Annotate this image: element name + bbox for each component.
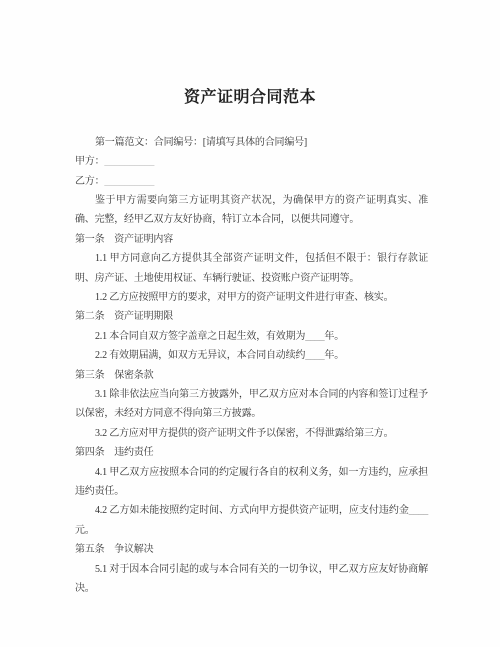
section-heading-5: 第五条 争议解决 bbox=[75, 540, 428, 559]
preamble-paragraph: 鉴于甲方需要向第三方证明其资产状况，为确保甲方的资产证明真实、准确、完整，经甲乙… bbox=[75, 191, 428, 230]
clause-1-2: 1.2 乙方应按照甲方的要求，对甲方的资产证明文件进行审查、核实。 bbox=[75, 288, 428, 307]
fill-in-blank: __________ bbox=[104, 176, 154, 187]
party-b-line: 乙方：__________ bbox=[75, 172, 428, 191]
fill-in-blank: ____ bbox=[305, 331, 324, 342]
fill-in-blank: ____ bbox=[305, 350, 324, 361]
clause-4-2: 4.2 乙方如未能按照约定时间、方式向甲方提供资产证明，应支付违约金____元。 bbox=[75, 501, 428, 540]
party-a-line: 甲方：__________ bbox=[75, 152, 428, 171]
document-title: 资产证明合同范本 bbox=[0, 11, 500, 108]
section-heading-2: 第二条 资产证明期限 bbox=[75, 307, 428, 326]
contract-document-page: 资产证明合同范本 第一篇范文：合同编号：[请填写具体的合同编号] 甲方：____… bbox=[0, 0, 500, 647]
fill-in-blank: ____ bbox=[409, 505, 428, 516]
fill-in-blank: __________ bbox=[104, 156, 154, 167]
intro-line: 第一篇范文：合同编号：[请填写具体的合同编号] bbox=[75, 133, 428, 152]
clause-5-1: 5.1 对于因本合同引起的或与本合同有关的一切争议，甲乙双方应友好协商解决。 bbox=[75, 560, 428, 599]
clause-3-1: 3.1 除非依法应当向第三方披露外，甲乙双方应对本合同的内容和签订过程予以保密，… bbox=[75, 385, 428, 424]
section-heading-3: 第三条 保密条款 bbox=[75, 366, 428, 385]
clause-2-1: 2.1 本合同自双方签字盖章之日起生效，有效期为____年。 bbox=[75, 327, 428, 346]
section-heading-4: 第四条 违约责任 bbox=[75, 443, 428, 462]
clause-3-2: 3.2 乙方应对甲方提供的资产证明文件予以保密，不得泄露给第三方。 bbox=[75, 424, 428, 443]
clause-1-1: 1.1 甲方同意向乙方提供其全部资产证明文件，包括但不限于：银行存款证明、房产证… bbox=[75, 249, 428, 288]
clause-4-1: 4.1 甲乙双方应按照本合同的约定履行各自的权利义务，如一方违约，应承担违约责任… bbox=[75, 463, 428, 502]
section-heading-1: 第一条 资产证明内容 bbox=[75, 230, 428, 249]
clause-2-2: 2.2 有效期届满，如双方无异议，本合同自动续约____年。 bbox=[75, 346, 428, 365]
document-body: 第一篇范文：合同编号：[请填写具体的合同编号] 甲方：__________ 乙方… bbox=[75, 133, 428, 599]
